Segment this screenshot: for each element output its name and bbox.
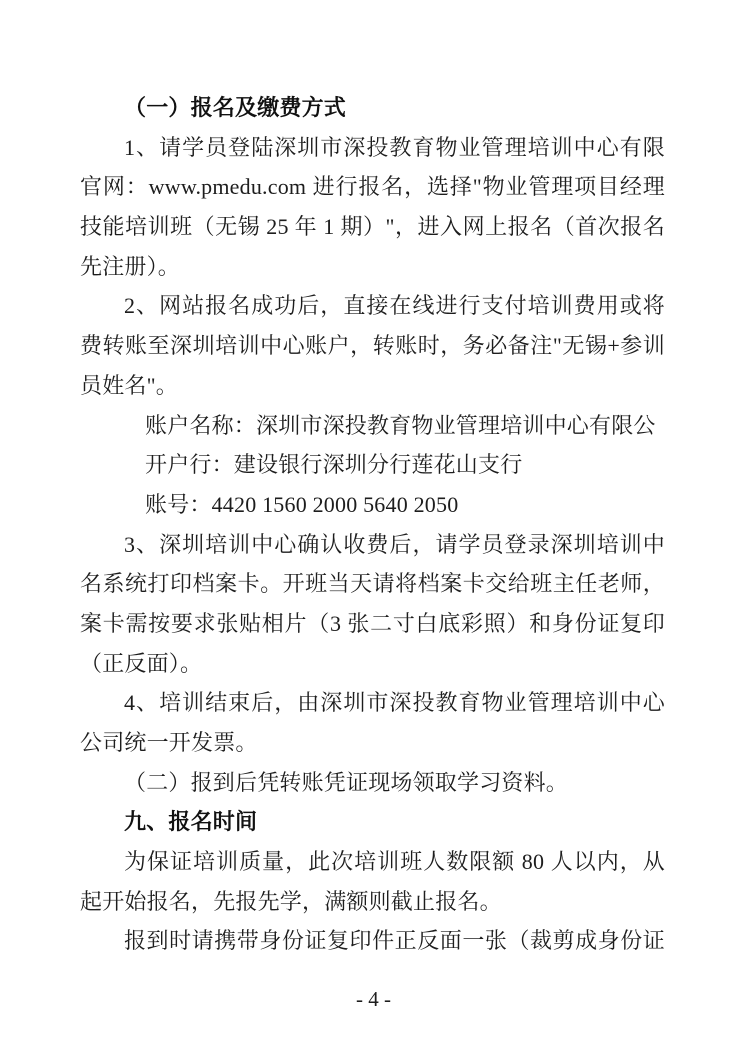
- document-page: （一）报名及缴费方式1、请学员登陆深圳市深投教育物业管理培训中心有限公司官网：w…: [0, 0, 747, 1057]
- text-line: 先注册）。: [80, 247, 665, 287]
- text-line: （二）报到后凭转账凭证现场领取学习资料。: [80, 763, 665, 803]
- text-line: 账户名称：深圳市深投教育物业管理培训中心有限公司: [80, 406, 665, 446]
- text-line: 技能培训班（无锡 25 年 1 期）"，进入网上报名（首次报名需: [80, 207, 665, 247]
- text-line: 官网：www.pmedu.com 进行报名，选择"物业管理项目经理岗位: [80, 167, 665, 207]
- text-line: 公司统一开发票。: [80, 723, 665, 763]
- text-line: 案卡需按要求张贴相片（3 张二寸白底彩照）和身份证复印件: [80, 604, 665, 644]
- text-line: 2、网站报名成功后，直接在线进行支付培训费用或将培训: [80, 286, 665, 326]
- text-line: 账号：4420 1560 2000 5640 2050: [80, 485, 665, 525]
- text-line: 费转账至深圳培训中心账户，转账时，务必备注"无锡+参训学: [80, 326, 665, 366]
- text-line: 起开始报名，先报先学，满额则截止报名。: [80, 882, 665, 922]
- text-line: 开户行：建设银行深圳分行莲花山支行: [80, 445, 665, 485]
- document-body: （一）报名及缴费方式1、请学员登陆深圳市深投教育物业管理培训中心有限公司官网：w…: [80, 88, 665, 961]
- text-line: 1、请学员登陆深圳市深投教育物业管理培训中心有限公司: [80, 128, 665, 168]
- text-line: 报到时请携带身份证复印件正反面一张（裁剪成身份证大: [80, 921, 665, 961]
- text-line: 3、深圳培训中心确认收费后，请学员登录深圳培训中心报: [80, 525, 665, 565]
- text-line: 4、培训结束后，由深圳市深投教育物业管理培训中心有限: [80, 683, 665, 723]
- page-number: - 4 -: [0, 986, 747, 1012]
- section-heading: 九、报名时间: [80, 802, 665, 842]
- text-line: 员姓名"。: [80, 366, 665, 406]
- text-line: 名系统打印档案卡。开班当天请将档案卡交给班主任老师，档: [80, 564, 665, 604]
- text-line: （正反面）。: [80, 644, 665, 684]
- text-line: 为保证培训质量，此次培训班人数限额 80 人以内，从即日: [80, 842, 665, 882]
- section-heading: （一）报名及缴费方式: [80, 88, 665, 128]
